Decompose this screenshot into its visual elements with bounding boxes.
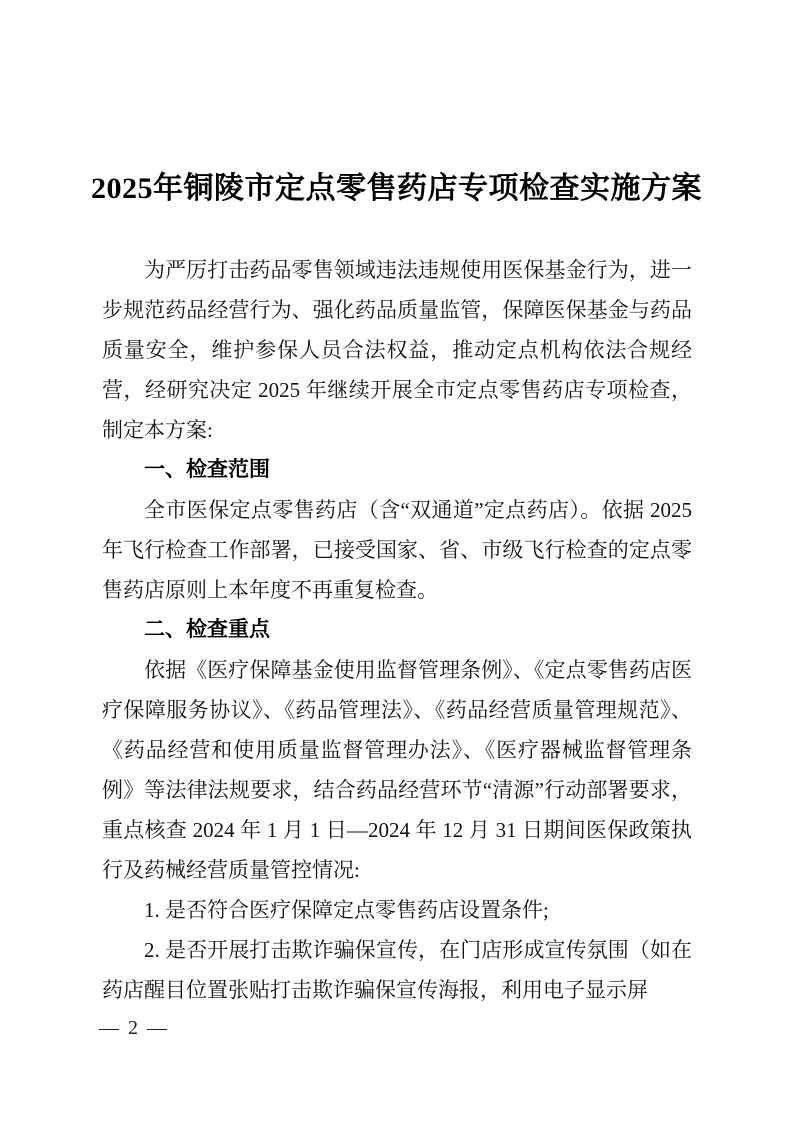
heading-section-2-focus: 二、检查重点 <box>102 610 692 650</box>
document-page: 2025年铜陵市定点零售药店专项检查实施方案 为严厉打击药品零售领域违法违规使用… <box>0 0 793 1122</box>
paragraph-legal-basis: 依据《医疗保障基金使用监督管理条例》、《定点零售药店医疗保障服务协议》、《药品管… <box>102 650 692 890</box>
document-title: 2025年铜陵市定点零售药店专项检查实施方案 <box>60 163 733 207</box>
document-body: 为严厉打击药品零售领域违法违规使用医保基金行为，进一步规范药品经营行为、强化药品… <box>102 250 692 1010</box>
paragraph-intro: 为严厉打击药品零售领域违法违规使用医保基金行为，进一步规范药品经营行为、强化药品… <box>102 250 692 450</box>
page-number: — 2 — <box>99 1013 169 1043</box>
numbered-item-2: 2. 是否开展打击欺诈骗保宣传，在门店形成宣传氛围（如在药店醒目位置张贴打击欺诈… <box>102 930 692 1010</box>
numbered-item-1: 1. 是否符合医疗保障定点零售药店设置条件; <box>102 890 692 930</box>
heading-section-1-scope: 一、检查范围 <box>102 450 692 490</box>
paragraph-scope: 全市医保定点零售药店（含“双通道”定点药店）。依据 2025 年飞行检查工作部署… <box>102 490 692 610</box>
